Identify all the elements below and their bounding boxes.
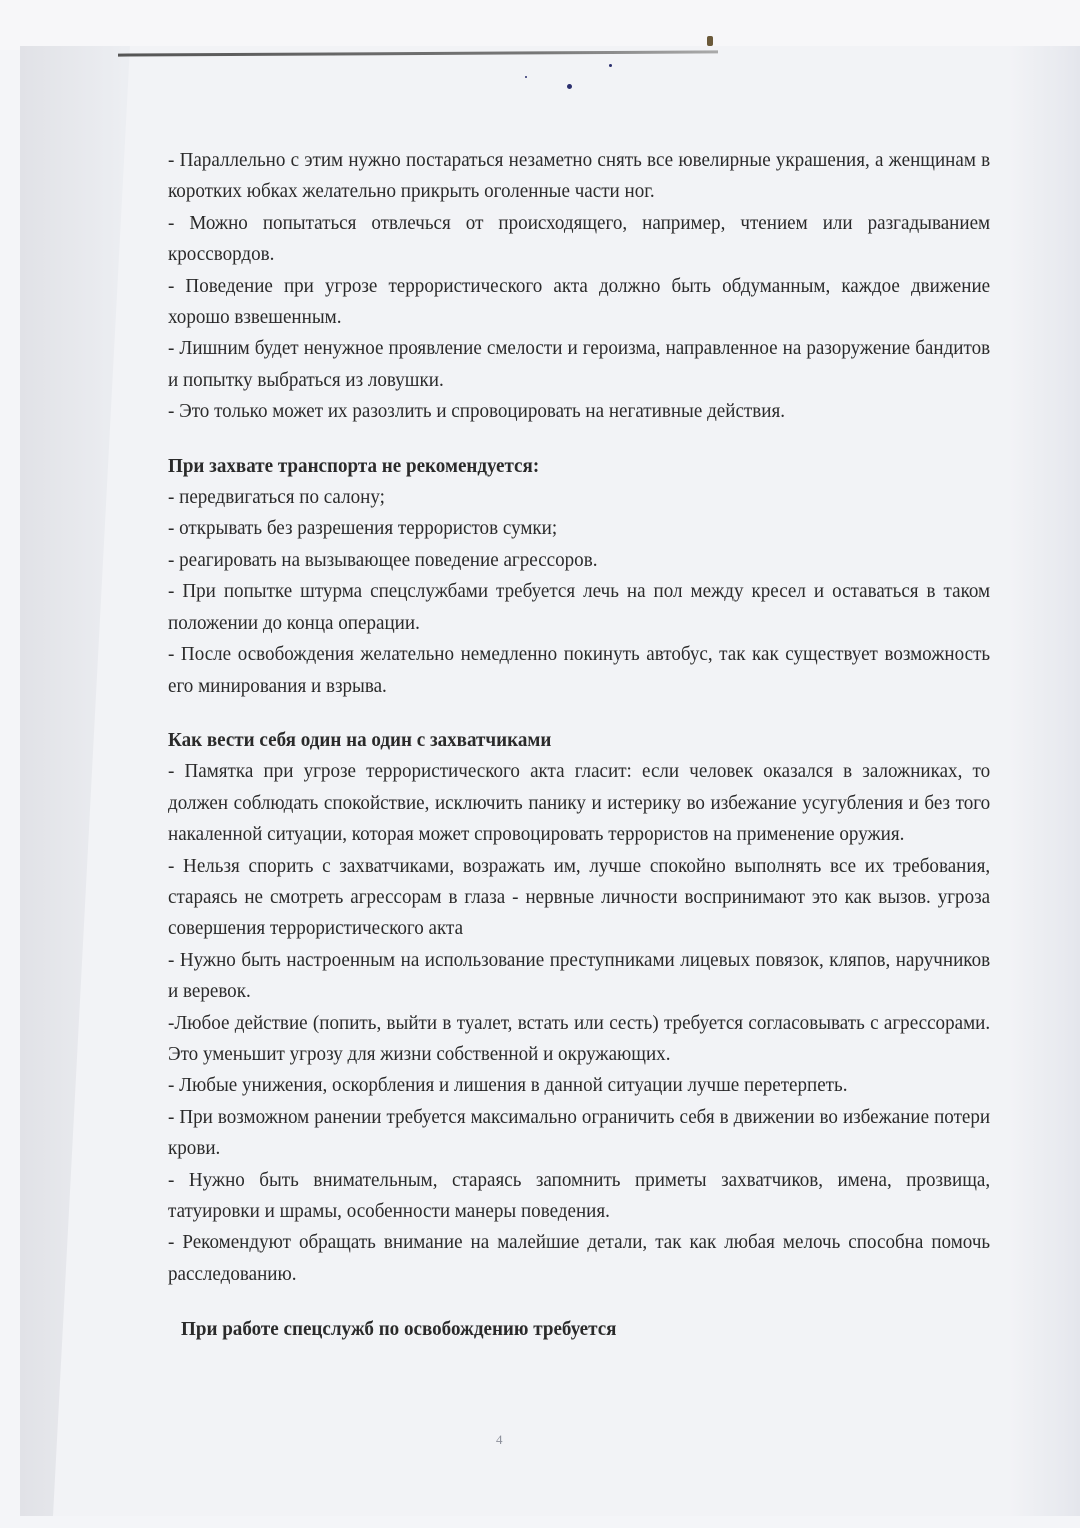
section-one-on-one: Как вести себя один на один с захватчика… — [168, 725, 990, 1290]
paragraph: - Лишним будет ненужное проявление смело… — [168, 333, 990, 396]
paragraph: - Поведение при угрозе террористического… — [168, 271, 990, 334]
staple-mark — [707, 36, 713, 46]
paragraph: - Нужно быть настроенным на использовани… — [168, 945, 990, 1008]
paragraph: -Любое действие (попить, выйти в туалет,… — [168, 1008, 990, 1071]
paragraph: - Нельзя спорить с захватчиками, возража… — [168, 851, 990, 945]
paragraph: - Любые унижения, оскорбления и лишения … — [168, 1070, 990, 1101]
paragraph: - Памятка при угрозе террористического а… — [168, 756, 990, 850]
list-item: - передвигаться по салону; — [168, 482, 990, 513]
section-intro: - Параллельно с этим нужно постараться н… — [168, 145, 990, 428]
paragraph: - Параллельно с этим нужно постараться н… — [168, 145, 990, 208]
section-transport: При захвате транспорта не рекомендуется:… — [168, 451, 990, 702]
ink-speck — [567, 84, 572, 89]
scan-margin-top — [0, 0, 1080, 50]
section-rescue: При работе спецслужб по освобождению тре… — [168, 1314, 990, 1345]
paragraph: - Это только может их разозлить и спрово… — [168, 396, 990, 427]
section-heading: Как вести себя один на один с захватчика… — [168, 725, 990, 756]
list-item: - реагировать на вызывающее поведение аг… — [168, 545, 990, 576]
list-item: - открывать без разрешения террористов с… — [168, 513, 990, 544]
ink-speck — [525, 76, 527, 78]
paragraph: - Можно попытаться отвлечься от происход… — [168, 208, 990, 271]
paragraph: - После освобождения желательно немедлен… — [168, 639, 990, 702]
paragraph: - При попытке штурма спецслужбами требуе… — [168, 576, 990, 639]
section-heading: При работе спецслужб по освобождению тре… — [181, 1314, 990, 1345]
paragraph: - При возможном ранении требуется максим… — [168, 1102, 990, 1165]
ink-speck — [609, 64, 612, 67]
paragraph: - Нужно быть внимательным, стараясь запо… — [168, 1165, 990, 1228]
page-number: 4 — [496, 1432, 503, 1448]
section-heading: При захвате транспорта не рекомендуется: — [168, 451, 990, 482]
document-body: - Параллельно с этим нужно постараться н… — [168, 145, 990, 1346]
paragraph: - Рекомендуют обращать внимание на малей… — [168, 1227, 990, 1290]
